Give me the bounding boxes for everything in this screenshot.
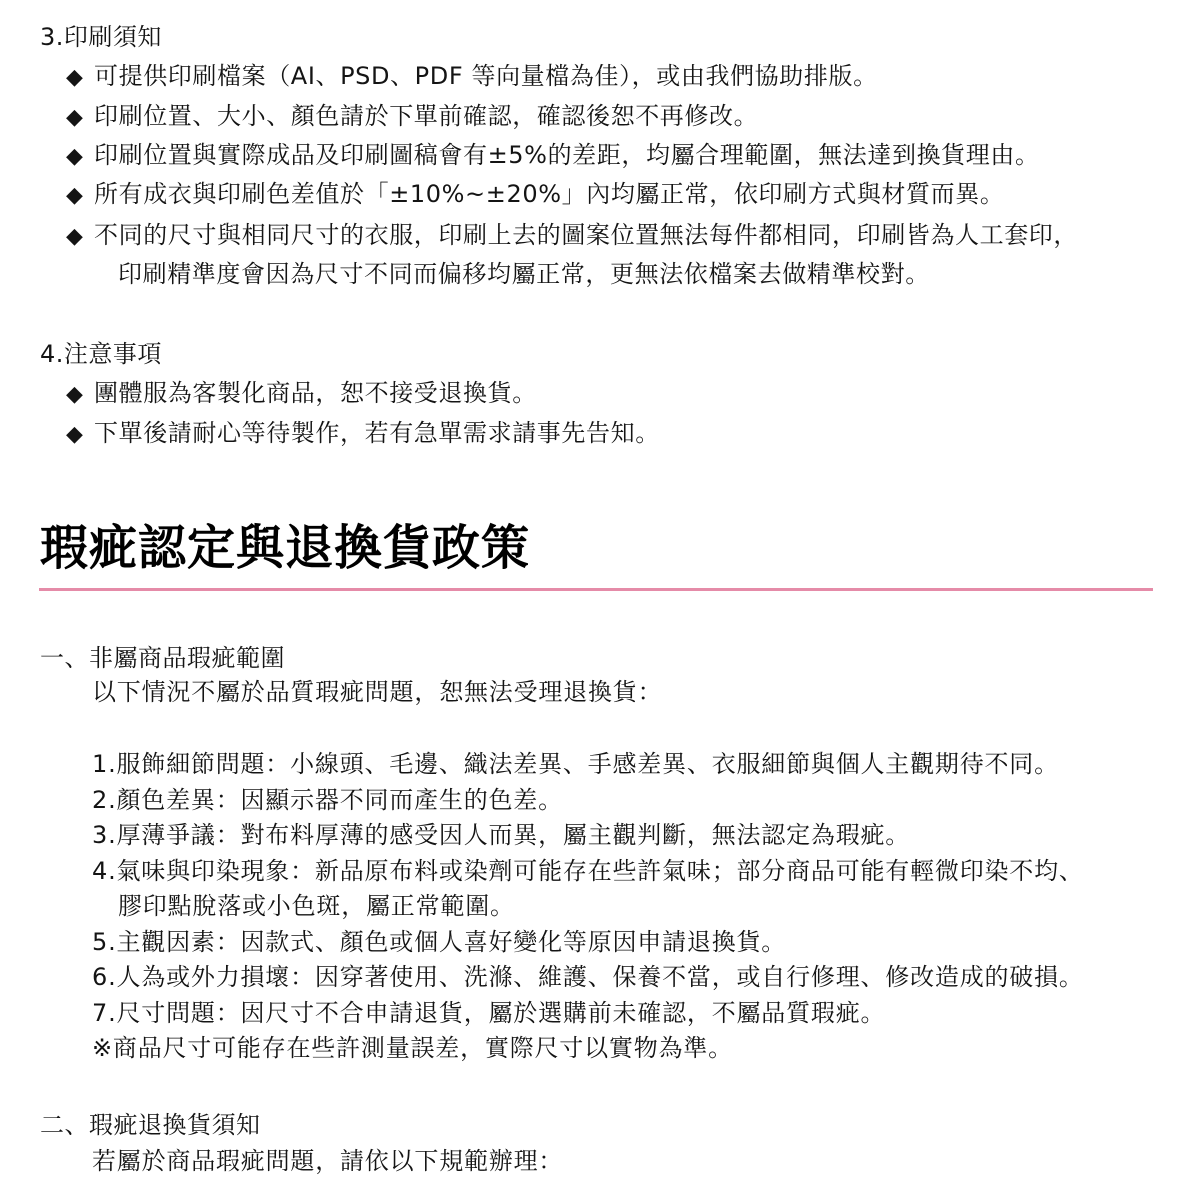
section1-item: 2.顏色差異：因顯示器不同而產生的色差。: [92, 785, 563, 815]
section1-title: 一、非屬商品瑕疵範圍: [40, 643, 285, 673]
section1-item: 3.厚薄爭議：對布料厚薄的感受因人而異，屬主觀判斷，無法認定為瑕疵。: [92, 820, 910, 850]
section1-item: 4.氣味與印染現象：新品原布料或染劑可能存在些許氣味；部分商品可能有輕微印染不均…: [92, 856, 1084, 886]
print-notice-item-text: 可提供印刷檔案（AI、PSD、PDF 等向量檔為佳），或由我們協助排版。: [94, 62, 878, 90]
notes-item-text: 下單後請耐心等待製作，若有急單需求請事先告知。: [94, 419, 660, 447]
heading-divider: [39, 588, 1153, 591]
notes-item: ◆團體服為客製化商品，恕不接受退換貨。: [66, 378, 537, 410]
print-notice-title: 3.印刷須知: [40, 22, 162, 52]
print-notice-item-text: 印刷位置、大小、顏色請於下單前確認，確認後恕不再修改。: [94, 102, 758, 130]
notes-item-text: 團體服為客製化商品，恕不接受退換貨。: [94, 379, 537, 407]
notes-title: 4.注意事項: [40, 339, 162, 369]
print-notice-item: ◆所有成衣與印刷色差值於「±10%~±20%」內均屬正常，依印刷方式與材質而異。: [66, 179, 1004, 211]
diamond-bullet-icon: ◆: [66, 380, 94, 410]
diamond-bullet-icon: ◆: [66, 222, 94, 252]
print-notice-item-text: 不同的尺寸與相同尺寸的衣服，印刷上去的圖案位置無法每件都相同，印刷皆為人工套印，: [94, 221, 1078, 249]
section1-item: 7.尺寸問題：因尺寸不合申請退貨，屬於選購前未確認，不屬品質瑕疵。: [92, 998, 885, 1028]
diamond-bullet-icon: ◆: [66, 142, 94, 172]
section1-item-continuation: 膠印點脫落或小色斑，屬正常範圍。: [118, 891, 515, 921]
diamond-bullet-icon: ◆: [66, 181, 94, 211]
section2-intro: 若屬於商品瑕疵問題，請依以下規範辦理：: [92, 1146, 563, 1176]
policy-heading: 瑕疵認定與退換貨政策: [40, 520, 530, 576]
print-notice-item-text: 印刷位置與實際成品及印刷圖稿會有±5%的差距，均屬合理範圍，無法達到換貨理由。: [94, 141, 1040, 169]
section1-item: 6.人為或外力損壞：因穿著使用、洗滌、維護、保養不當，或自行修理、修改造成的破損…: [92, 962, 1084, 992]
section1-note: ※商品尺寸可能存在些許測量誤差，實際尺寸以實物為準。: [92, 1033, 733, 1063]
section1-item: 1.服飾細節問題：小線頭、毛邊、織法差異、手感差異、衣服細節與個人主觀期待不同。: [92, 749, 1059, 779]
print-notice-item: ◆可提供印刷檔案（AI、PSD、PDF 等向量檔為佳），或由我們協助排版。: [66, 61, 878, 93]
print-notice-item: ◆印刷位置與實際成品及印刷圖稿會有±5%的差距，均屬合理範圍，無法達到換貨理由。: [66, 140, 1040, 172]
diamond-bullet-icon: ◆: [66, 420, 94, 450]
section1-intro: 以下情況不屬於品質瑕疵問題，恕無法受理退換貨：: [92, 677, 662, 707]
print-notice-item: ◆印刷位置、大小、顏色請於下單前確認，確認後恕不再修改。: [66, 101, 758, 133]
diamond-bullet-icon: ◆: [66, 63, 94, 93]
print-notice-item-text: 所有成衣與印刷色差值於「±10%~±20%」內均屬正常，依印刷方式與材質而異。: [94, 180, 1004, 208]
notes-item: ◆下單後請耐心等待製作，若有急單需求請事先告知。: [66, 418, 660, 450]
section2-title: 二、瑕疵退換貨須知: [40, 1110, 261, 1140]
print-notice-continuation: 印刷精準度會因為尺寸不同而偏移均屬正常，更無法依檔案去做精準校對。: [118, 259, 930, 289]
print-notice-item: ◆不同的尺寸與相同尺寸的衣服，印刷上去的圖案位置無法每件都相同，印刷皆為人工套印…: [66, 220, 1078, 252]
diamond-bullet-icon: ◆: [66, 103, 94, 133]
section1-item: 5.主觀因素：因款式、顏色或個人喜好變化等原因申請退換貨。: [92, 927, 786, 957]
